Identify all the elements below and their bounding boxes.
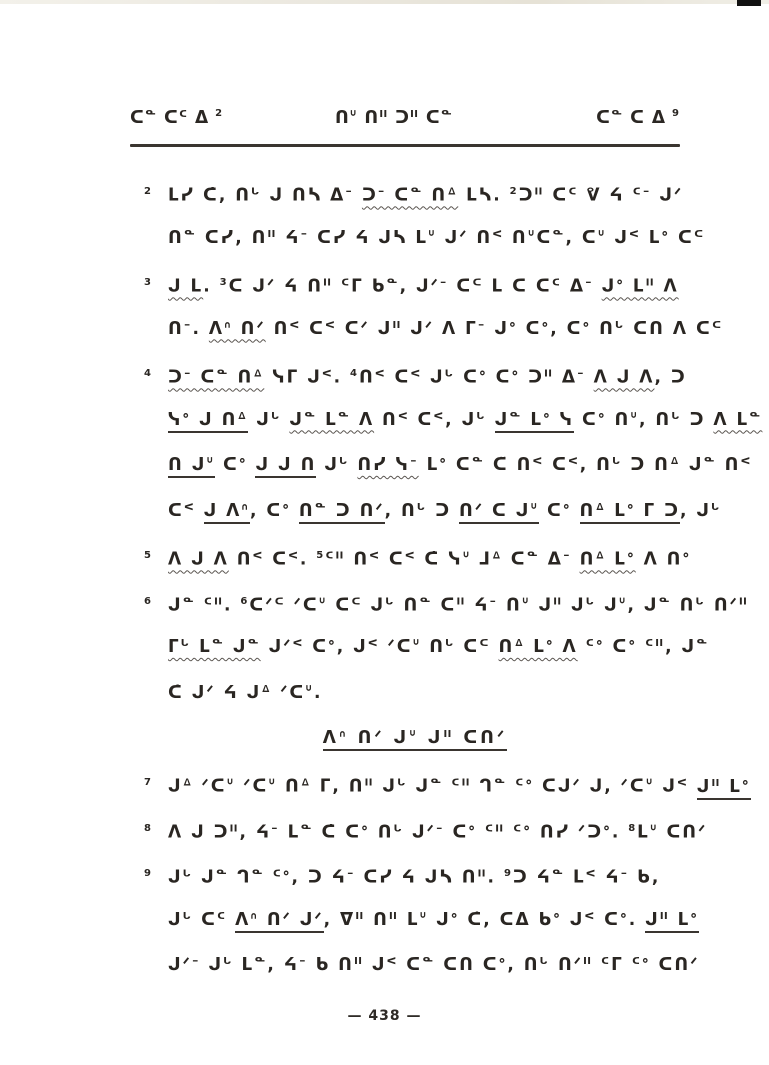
wavy-underlined-word: ᒥᒡ ᒪᓐ ᒍᓐ [168,637,261,657]
wavy-underlined-word: ᒍᐤ ᒪᐦ ᐱ [602,277,679,297]
text-segment: , ᒍᒡ [680,501,722,521]
underlined-word: ᑎᓐ ᑐ ᑎᐟ [299,501,385,524]
running-head: ᑕᓐ ᑕᑦ ᐃ2 ᑎᐡ ᑎᐦ ᑐᐦ ᑕᓐ ᑕᓐ ᑕ ᐃ9 [130,100,680,140]
text-segment: ᒍᓐ ᑦᐦ. [168,595,240,615]
wavy-underlined-word: ᑎᐞ ᒪᐤ ᐱ [499,637,578,657]
text-line: 8ᐱ ᒍ ᑐᐦ, ᔦᐨ ᒪᓐ ᑕ̂ ᑕᐤ ᑎᒡ ᒍᐟᐨ ᑕᐤ ᑦᐦ ᑦᐤ ᑎᓯ … [130,809,680,855]
wavy-underlined-word: ᐱ ᒍ ᐱ [594,368,655,388]
text-line: ᑎᐨ. ᐱᐢ ᑎᐟ ᑎᑉ ᑕᑉ ᑕᐟ ᒍᐦ ᒍᐟ ᐱ ᒥᐨ ᒍᐤ ᑕᐤ, ᑕᐤ … [130,309,680,355]
text-segment: ᒪᐡ ᑕᑎᐟ [637,822,707,842]
underlined-word: ᑎᐟ ᑕ ᒍᐡ [459,501,539,524]
text-line: ᑎ ᒍᐡ ᑕᐤ ᒍ ᒍ ᑎ ᒍᒡ ᑎᓯ ᓭᐨ ᒪᐤ ᑕᓐ ᑕ̃ ᑎᑉ ᑕᑉ, ᑎ… [130,445,680,491]
text-line: ᑎᓐ ᑕᓯ, ᑎᐦ ᔦᐨ ᑕᓯ ᔦ ᒍᓴ ᒪᐡ ᒍᐟ ᑎᑉ ᑎᐡᑕᓐ, ᑕᐡ ᒍ… [130,218,680,264]
text-segment: ᒍᐟᐨ ᒍᒡ ᒪᓐ, ᔦᐨ ᑲ ᑎᐦ ᒍᑉ ᑕᓐ ᑕᑎ ᑕᐤ, ᑎᒡ ᑎᐟᐦ ᑦ… [168,955,699,975]
text-line: 9ᒍᒡ ᒍᓐ ᒉᓐ ᑦᐤ, ᑐ ᔦᐨ ᑕᓯ ᔦ ᒍᓴ ᑎᐦ. 9ᑐ ᔦᓐ ᒪᑉ … [130,854,680,900]
wavy-underlined-word: ᑎᓯ ᓭᐨ [357,455,418,475]
text-line: ᒥᒡ ᒪᓐ ᒍᓐ ᒍᐟᑉ ᑕᐤ, ᒍᑉ ᐟᑕᐡ ᑎᒡ ᑕᒼ ᑎᐞ ᒪᐤ ᐱ ᑦᐤ… [130,627,680,673]
inline-verse-number: 9 [504,868,511,879]
wavy-underlined-word: ᐱᐢ ᑎᐟ [209,319,266,339]
text-segment: ᑕᐟᒼ ᐟᑕᐡ ᑕᒼ ᒍᒡ ᑎᓐ ᑕᐦ ᔦᐨ ᑎᐡ ᒍᐦ ᒍᒡ ᒍᐡ, ᒍᓐ ᑎ… [249,595,749,615]
running-head-left-number: 2 [215,108,223,119]
inline-verse-number: 8 [628,823,635,834]
text-segment: ᑎᑉ ᑕᑉ ᒍᒡ ᑕᐤ ᑕᐤ ᑐᐦ ᐃᐨ [359,368,594,388]
text-line: ᒍᐟᐨ ᒍᒡ ᒪᓐ, ᔦᐨ ᑲ ᑎᐦ ᒍᑉ ᑕᓐ ᑕᑎ ᑕᐤ, ᑎᒡ ᑎᐟᐦ ᑦ… [130,945,680,991]
text-segment: ᑕ ᒍᐟ ᔦ ᑎᐦ ᑦᒥ ᑲᓐ, ᒍᐟᐨ ᑕᒼ ᒪ ᑕ ᑕᑦ ᐃᐨ [229,277,602,297]
scan-top-edge [0,0,769,4]
running-head-left-text: ᑕᓐ ᑕᑦ ᐃ [130,108,209,128]
verse-number: 3 [144,263,168,303]
text-segment: ᑎᑉ ᑕᑉ, ᒍᒡ [374,410,495,430]
verse-number: 2 [144,172,168,212]
text-segment: ᓭᒥ ᒍᑉ. [264,368,350,388]
inline-verse-number: 2 [510,186,517,197]
wavy-underlined-word: ᐱ ᒍ ᐱ [168,550,229,570]
verse-number: 5 [144,536,168,576]
text-segment: ᒪᓴ. [458,186,509,206]
text-segment: ᑎᑉ ᑕᑉ. [229,550,316,570]
section-title: ᐱᐢ ᑎᐟ ᒍᐡ ᒍᐦ ᑕᑎᐟ [130,718,680,763]
text-segment: ᒍᒡ ᑕᑦ [168,910,235,930]
underlined-word: ᑎᐞ ᒪᐤ ᒥ ᑐ [580,501,680,524]
running-head-right: ᑕᓐ ᑕ ᐃ9 [596,108,680,128]
inline-verse-number: 6 [240,596,247,607]
underlined-word: ᑎ ᒍᐡ [168,455,215,478]
verse-number: 6 [144,582,168,622]
inline-verse-number: 5 [316,550,323,561]
text-line: ᓭᐤ ᒍ ᑎᐞ ᒍᒡ ᒍᓐ ᒪᓐ ᐱ ᑎᑉ ᑕᑉ, ᒍᒡ ᒍᓐ ᒪᐤ ᓭ ᑕᐤ … [130,400,680,446]
underlined-word: ᒍ ᐱᐢ [204,501,250,524]
text-segment: ᑐᐦ ᑕᑦ ᕓ ᔦ ᑦᐨ ᒍᐟ [519,186,684,206]
inline-verse-number: 3 [220,277,227,288]
underlined-word: ᒍ ᒍ ᑎ [255,455,316,478]
scan-corner-mark [737,0,761,6]
text-line: ᑕ̂ ᒍᐟ ᔦ ᒍᐞ ᐟᑕᐡ. [130,673,680,719]
wavy-underlined-word: ᑐᐨ ᑕᓐ ᑎᐞ [362,186,458,206]
running-head-right-text: ᑕᓐ ᑕ ᐃ [596,108,666,128]
text-segment: ᒍᒡ [316,455,357,475]
text-segment: ᑕ̂ ᒍᐟ ᔦ ᒍᐞ ᐟᑕᐡ. [168,683,322,703]
section-title-text: ᐱᐢ ᑎᐟ ᒍᐡ ᒍᐦ ᑕᑎᐟ [323,728,507,751]
underlined-word: ᒍᓐ ᒪᐤ ᓭ [495,410,574,433]
text-segment: , ᐁᐦ ᑎᐦ ᒪᐡ ᒍᐤ ᑕ̂, ᑕᐃ ᑲᐤ ᒍᑉ ᑕᐤ. [324,910,645,930]
text-segment: ᑕᑉ [168,501,204,521]
text-line: 7ᒍᐞ ᐟᑕᐡ ᐟᑕᐡ ᑎᐞ ᒥ, ᑎᐦ ᒍᒡ ᒍᓐ ᑦᐦ ᒉᓐ ᑦᐤ ᑕᒍᐟ … [130,763,680,809]
text-segment: ᑦᐤ ᑕᐤ ᑦᐦ, ᒍᓐ [578,637,710,657]
text-segment: ᑦᐦ ᑎᑉ ᑕᑉ ᑕ̂ ᓭᐡ ᒧᐞ ᑕᓐ ᐃᐨ [325,550,579,570]
verse-number: 9 [144,854,168,894]
text-segment: ᒪᐤ ᑕᓐ ᑕ̃ ᑎᑉ ᑕᑉ, ᑎᒡ ᑐ ᑎᐞ ᒍᓐ ᑎᑉ [419,455,753,475]
wavy-underlined-word: ᐱ ᒪᓐ [713,410,762,430]
wavy-underlined-word: ᑎᐞ ᒪᐤ [580,550,636,570]
wavy-underlined-word: ᒍᓐ ᒪᓐ ᐱ [289,410,374,430]
underlined-word: ᒍᐦ ᒪᐤ [645,910,699,933]
book-page: ᑕᓐ ᑕᑦ ᐃ2 ᑎᐡ ᑎᐦ ᑐᐦ ᑕᓐ ᑕᓐ ᑕ ᐃ9 2ᒪᓯ ᑕ̂, ᑎᒡ … [130,100,680,140]
running-head-right-number: 9 [672,108,680,119]
text-line: ᑕᑉ ᒍ ᐱᐢ, ᑕᐤ ᑎᓐ ᑐ ᑎᐟ, ᑎᒡ ᑐ ᑎᐟ ᑕ ᒍᐡ ᑕᐤ ᑎᐞ … [130,491,680,537]
text-segment: ᒍᒡ ᒍᓐ ᒉᓐ ᑦᐤ, ᑐ ᔦᐨ ᑕᓯ ᔦ ᒍᓴ ᑎᐦ. [168,868,504,888]
wavy-underlined-word: ᒍ ᒪ [168,277,203,297]
text-segment: , ᑎᒡ ᑐ [385,501,459,521]
text-line: 3ᒍ ᒪ. 3ᑕ ᒍᐟ ᔦ ᑎᐦ ᑦᒥ ᑲᓐ, ᒍᐟᐨ ᑕᒼ ᒪ ᑕ ᑕᑦ ᐃᐨ… [130,263,680,309]
text-line: 5ᐱ ᒍ ᐱ ᑎᑉ ᑕᑉ. 5ᑦᐦ ᑎᑉ ᑕᑉ ᑕ̂ ᓭᐡ ᒧᐞ ᑕᓐ ᐃᐨ ᑎ… [130,536,680,582]
text-segment: ᐱ ᒍ ᑐᐦ, ᔦᐨ ᒪᓐ ᑕ̂ ᑕᐤ ᑎᒡ ᒍᐟᐨ ᑕᐤ ᑦᐦ ᑦᐤ ᑎᓯ ᐟ… [168,822,628,842]
verse-number: 8 [144,809,168,849]
underlined-word: ᐱᐢ ᑎᐟ ᒍᐟ [235,910,324,933]
text-line: ᒍᒡ ᑕᑦ ᐱᐢ ᑎᐟ ᒍᐟ, ᐁᐦ ᑎᐦ ᒪᐡ ᒍᐤ ᑕ̂, ᑕᐃ ᑲᐤ ᒍᑉ… [130,900,680,946]
text-segment: ᒍᐞ ᐟᑕᐡ ᐟᑕᐡ ᑎᐞ ᒥ, ᑎᐦ ᒍᒡ ᒍᓐ ᑦᐦ ᒉᓐ ᑦᐤ ᑕᒍᐟ ᒍ… [168,777,697,797]
text-segment: ᑎᐨ. [168,319,209,339]
text-line: 4ᑐᐨ ᑕᓐ ᑎᐞ ᓭᒥ ᒍᑉ. 4ᑎᑉ ᑕᑉ ᒍᒡ ᑕᐤ ᑕᐤ ᑐᐦ ᐃᐨ ᐱ… [130,354,680,400]
verse-number: 7 [144,763,168,803]
wavy-underlined-word: ᑐᐨ ᑕᓐ ᑎᐞ [168,368,264,388]
underlined-word: ᒍᐦ ᒪᐤ [697,777,751,800]
text-line: 2ᒪᓯ ᑕ̂, ᑎᒡ ᒍ ᑎᓴ ᐃᐨ ᑐᐨ ᑕᓐ ᑎᐞ ᒪᓴ. 2ᑐᐦ ᑕᑦ ᕓ… [130,172,680,218]
inline-verse-number: 4 [350,368,357,379]
text-segment: ᒍᒡ [248,410,289,430]
running-head-left: ᑕᓐ ᑕᑦ ᐃ2 [130,108,223,128]
text-segment: ᑕᐤ [539,501,579,521]
text-segment: , ᑕᐤ [250,501,299,521]
text-line: 6ᒍᓐ ᑦᐦ. 6ᑕᐟᒼ ᐟᑕᐡ ᑕᒼ ᒍᒡ ᑎᓐ ᑕᐦ ᔦᐨ ᑎᐡ ᒍᐦ ᒍᒡ… [130,582,680,628]
page-number: — 438 — [0,1008,769,1024]
header-rule [130,144,680,147]
verse-number: 4 [144,354,168,394]
running-head-center: ᑎᐡ ᑎᐦ ᑐᐦ ᑕᓐ [335,108,453,128]
text-segment: ᑐ ᔦᓐ ᒪᑉ ᔦᐨ ᑲ, [513,868,660,888]
text-segment: ᑕᐤ ᑎᐡ, ᑎᒡ ᑐ [574,410,713,430]
text-segment: , ᑐ [654,368,686,388]
text-segment: ᑕᐤ [215,455,255,475]
text-body: 2ᒪᓯ ᑕ̂, ᑎᒡ ᒍ ᑎᓴ ᐃᐨ ᑐᐨ ᑕᓐ ᑎᐞ ᒪᓴ. 2ᑐᐦ ᑕᑦ ᕓ… [130,172,680,991]
underlined-word: ᓭᐤ ᒍ ᑎᐞ [168,410,248,433]
text-segment: . [203,277,219,297]
text-segment: ᒍᐟᑉ ᑕᐤ, ᒍᑉ ᐟᑕᐡ ᑎᒡ ᑕᒼ [261,637,499,657]
text-segment: ᒪᓯ ᑕ̂, ᑎᒡ ᒍ ᑎᓴ ᐃᐨ [168,186,362,206]
text-segment: ᐱ ᑎᐤ [636,550,692,570]
text-segment: ᑎᓐ ᑕᓯ, ᑎᐦ ᔦᐨ ᑕᓯ ᔦ ᒍᓴ ᒪᐡ ᒍᐟ ᑎᑉ ᑎᐡᑕᓐ, ᑕᐡ ᒍ… [168,228,705,248]
text-segment: ᑎᑉ ᑕᑉ ᑕᐟ ᒍᐦ ᒍᐟ ᐱ ᒥᐨ ᒍᐤ ᑕᐤ, ᑕᐤ ᑎᒡ ᑕᑎ ᐱ ᑕᒼ [266,319,723,339]
